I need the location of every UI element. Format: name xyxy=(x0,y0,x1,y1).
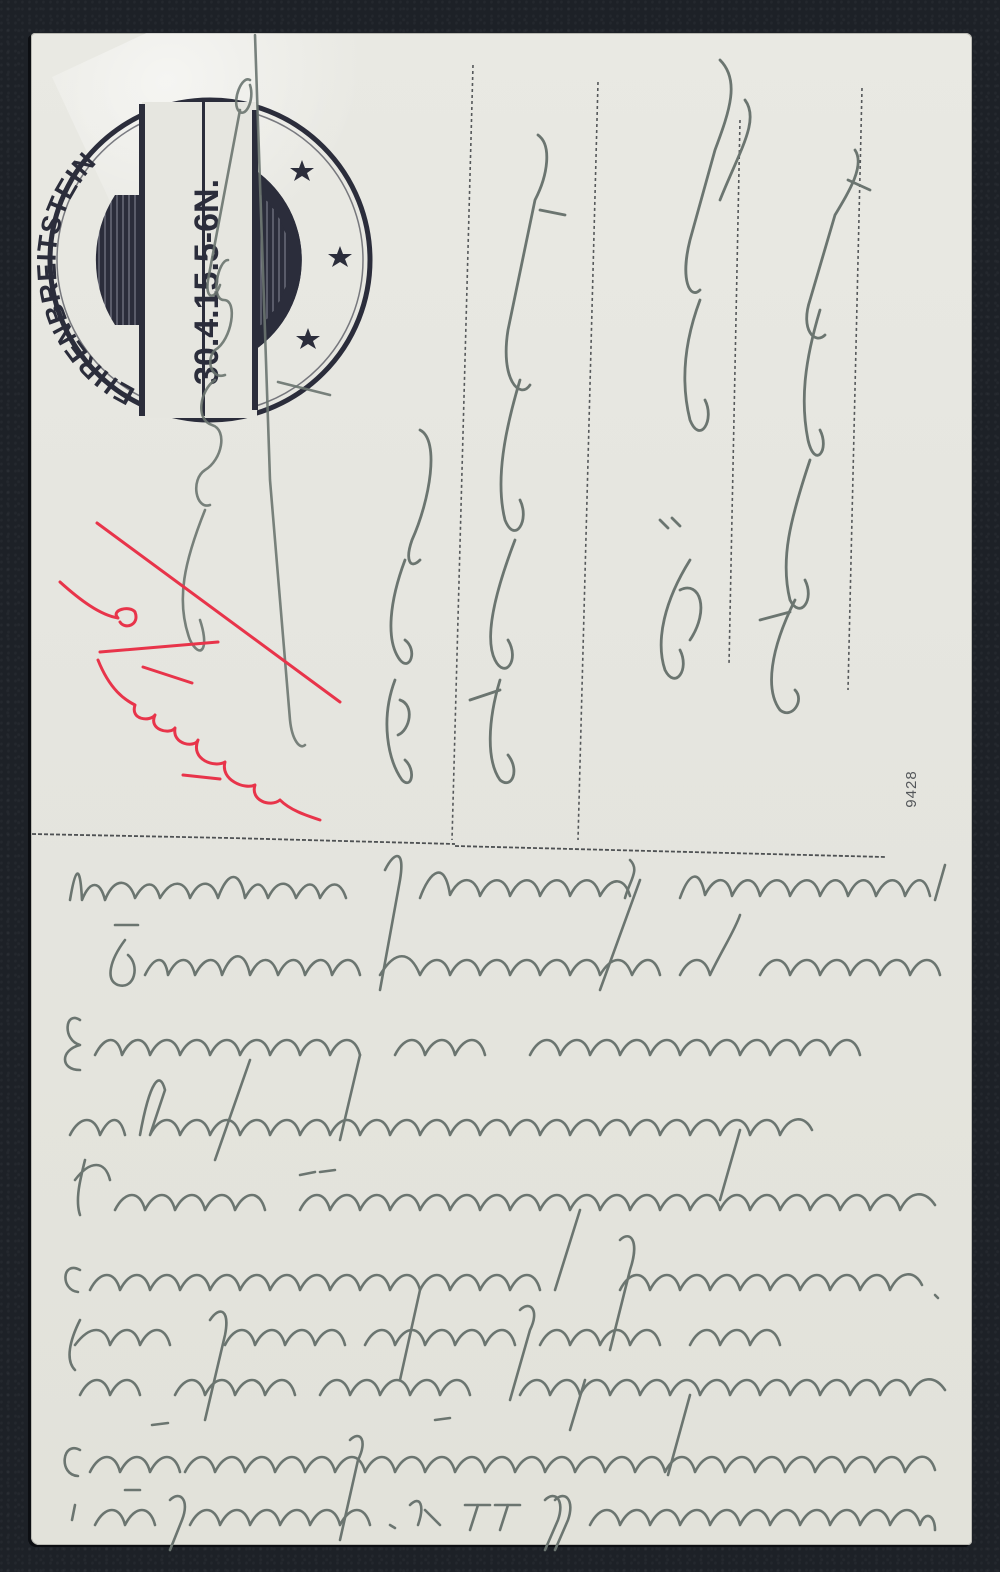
catalog-number: 9428 xyxy=(903,759,925,819)
divider-line xyxy=(32,834,885,857)
message-handwriting xyxy=(65,856,945,1550)
postcard-artwork: EHRENBREITSTEIN 30.4.15.5-6N. xyxy=(0,0,1000,1572)
address-handwriting xyxy=(387,60,870,783)
address-ruling-lines xyxy=(452,65,862,840)
postmark-stamp: EHRENBREITSTEIN 30.4.15.5-6N. xyxy=(31,100,370,420)
red-crayon-mark xyxy=(60,523,340,820)
